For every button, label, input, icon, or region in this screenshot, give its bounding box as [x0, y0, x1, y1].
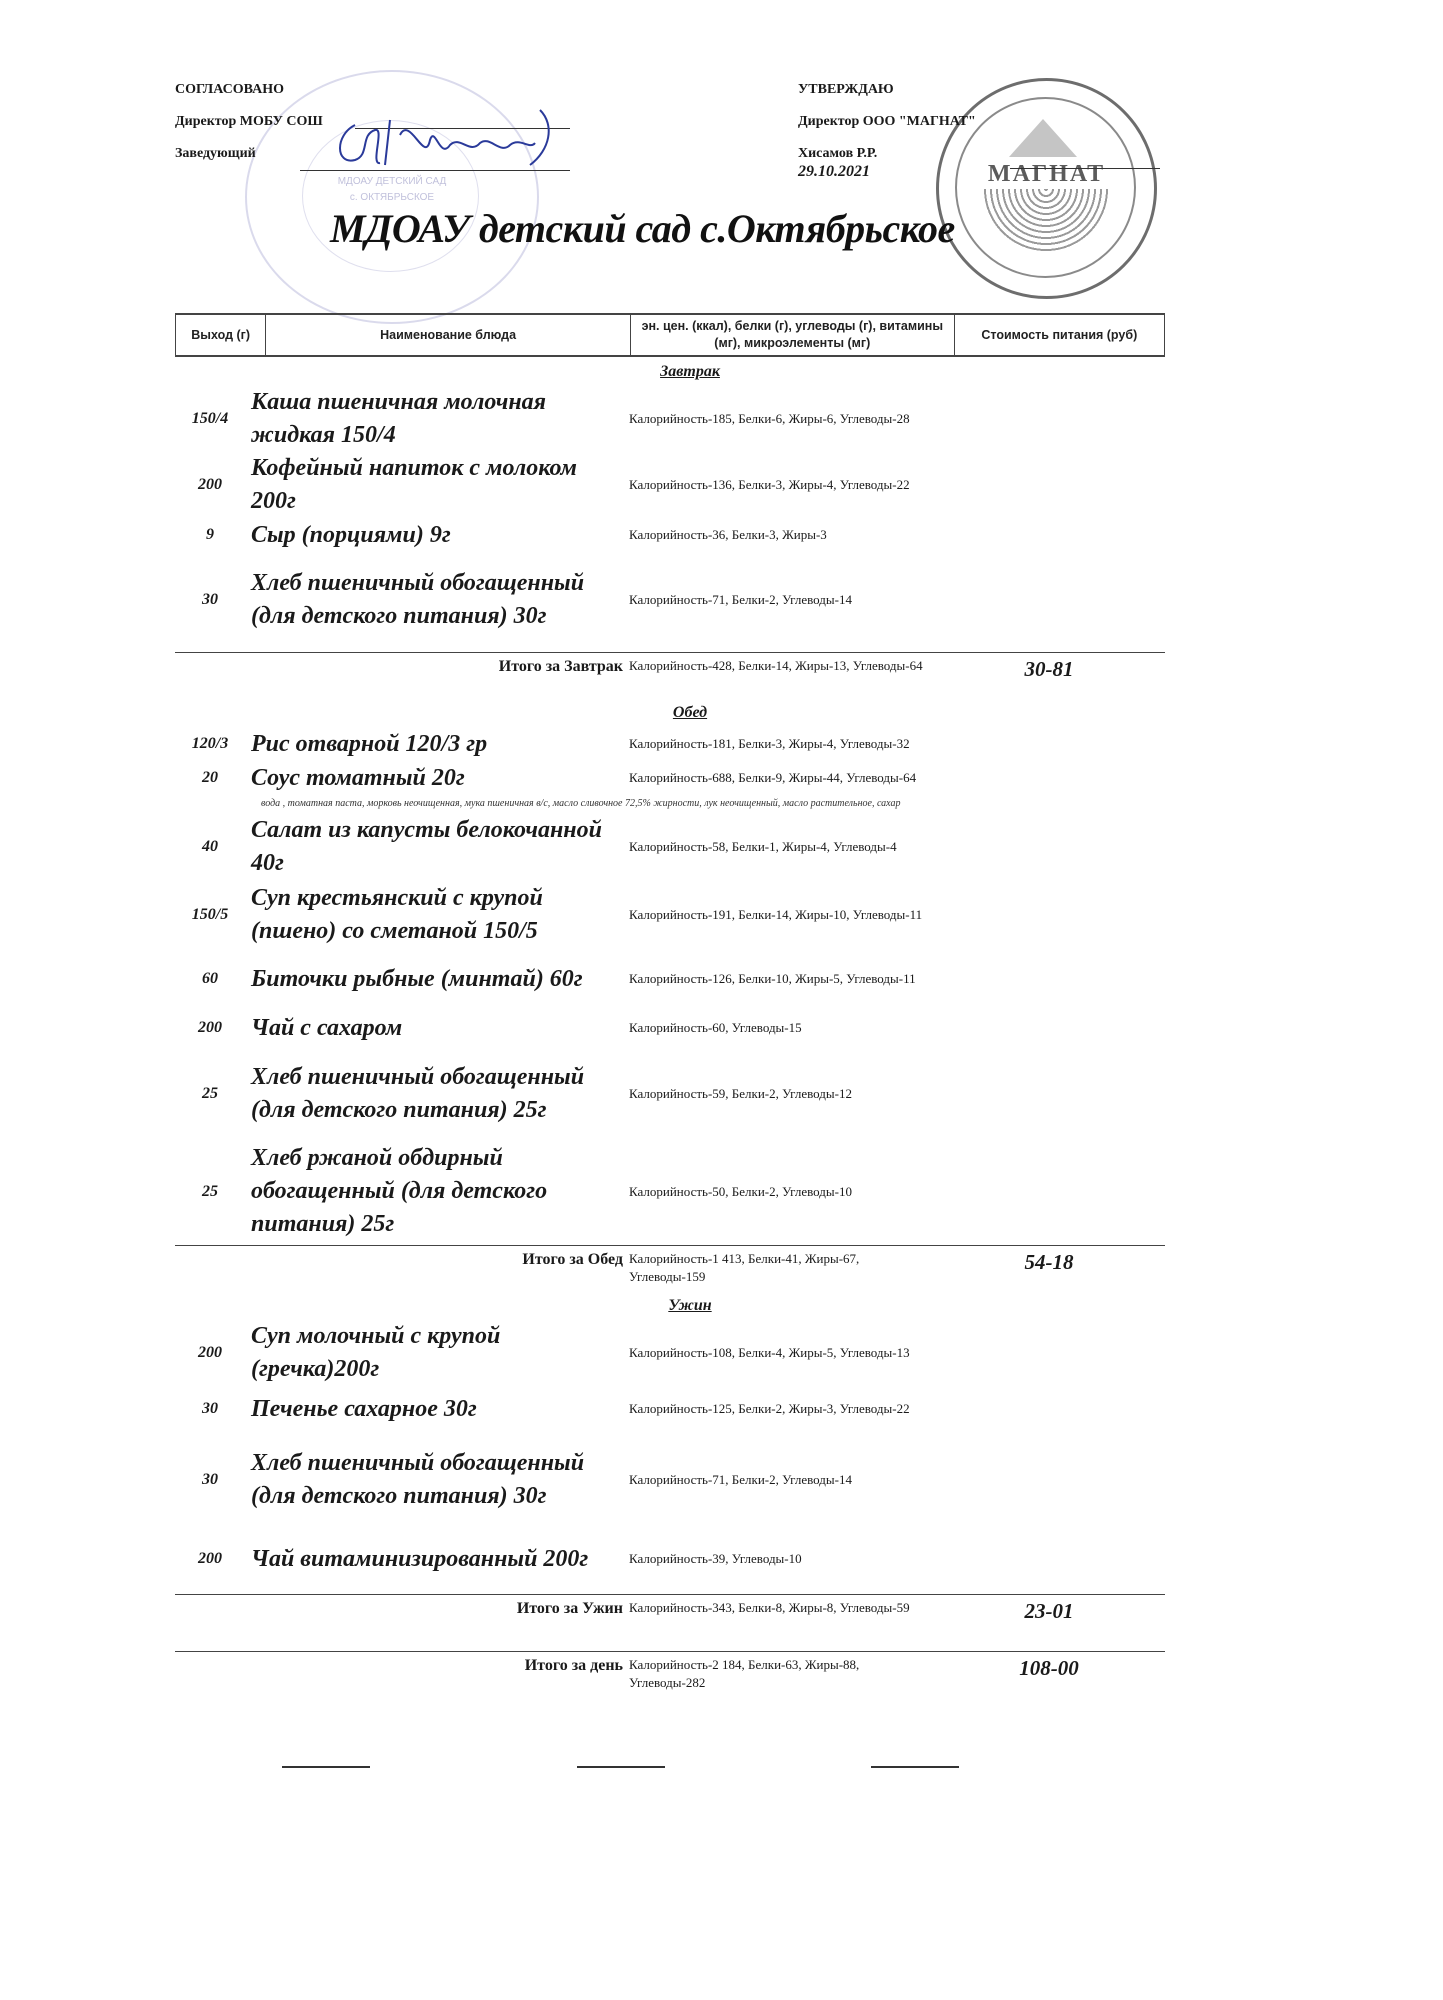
- day-total-row: Итого за деньКалорийность-2 184, Белки-6…: [175, 1651, 1165, 1692]
- item-output: 200: [175, 1019, 245, 1037]
- approval-approved-block: УТВЕРЖДАЮ Директор ООО "МАГНАТ" Хисамов …: [798, 80, 976, 194]
- section-total-row: Итого за ЗавтракКалорийность-428, Белки-…: [175, 652, 1165, 699]
- section-total-label: Итого за Завтрак: [175, 657, 629, 699]
- item-name: Рис отварной 120/3 гр: [245, 728, 623, 761]
- agreed-label: СОГЛАСОВАНО: [175, 80, 323, 100]
- item-output: 30: [175, 1400, 245, 1418]
- section-total-cost: 54-18: [929, 1250, 1149, 1292]
- stamp-line: МДОАУ ДЕТСКИЙ САД: [247, 174, 537, 190]
- item-output: 25: [175, 1085, 245, 1103]
- day-total-nutrition: Калорийность-2 184, Белки-63, Жиры-88, У…: [629, 1656, 929, 1692]
- menu-item-row: 200Кофейный напиток с молоком 200гКалори…: [175, 452, 1165, 518]
- item-output: 200: [175, 476, 245, 494]
- section-total-row: Итого за ОбедКалорийность-1 413, Белки-4…: [175, 1245, 1165, 1292]
- menu-item-row: 60Биточки рыбные (минтай) 60гКалорийност…: [175, 948, 1165, 1010]
- item-name: Суп молочный с крупой (гречка)200г: [245, 1320, 623, 1386]
- menu-item-row: 200Суп молочный с крупой (гречка)200гКал…: [175, 1320, 1165, 1386]
- section-title-0: Завтрак: [215, 358, 1165, 386]
- item-nutrition: Калорийность-58, Белки-1, Жиры-4, Углево…: [623, 838, 929, 856]
- item-output: 200: [175, 1344, 245, 1362]
- footer-signature-line: [282, 1766, 370, 1768]
- school-stamp-text: МДОАУ ДЕТСКИЙ САД с. ОКТЯБРЬСКОЕ: [247, 174, 537, 206]
- menu-item-row: 25Хлеб ржаной обдирный обогащенный (для …: [175, 1142, 1165, 1241]
- menu-item-row: 200Чай с сахаромКалорийность-60, Углевод…: [175, 1010, 1165, 1046]
- menu-item-row: 25Хлеб пшеничный обогащенный (для детско…: [175, 1046, 1165, 1142]
- item-name: Биточки рыбные (минтай) 60г: [245, 963, 623, 996]
- menu-item-row: 30Хлеб пшеничный обогащенный (для детско…: [175, 552, 1165, 648]
- item-name: Хлеб ржаной обдирный обогащенный (для де…: [245, 1142, 623, 1241]
- section-title-1: Обед: [215, 699, 1165, 727]
- menu-item-row: 120/3Рис отварной 120/3 грКалорийность-1…: [175, 727, 1165, 761]
- item-output: 20: [175, 769, 245, 787]
- menu-item-row: 30Хлеб пшеничный обогащенный (для детско…: [175, 1432, 1165, 1528]
- stamp-line: с. ОКТЯБРЬСКОЕ: [247, 190, 537, 206]
- item-name: Хлеб пшеничный обогащенный (для детского…: [245, 1447, 623, 1513]
- item-output: 120/3: [175, 735, 245, 753]
- menu-item-row: 150/5Суп крестьянский с крупой (пшено) с…: [175, 882, 1165, 948]
- column-header-nutrition: эн. цен. (ккал), белки (г), углеводы (г)…: [630, 314, 954, 356]
- menu-table-header: Выход (г) Наименование блюда эн. цен. (к…: [175, 313, 1165, 357]
- menu-item-row: 20Соус томатный 20гКалорийность-688, Бел…: [175, 761, 1165, 795]
- item-name: Хлеб пшеничный обогащенный (для детского…: [245, 1061, 623, 1127]
- footer-signature-line: [871, 1766, 959, 1768]
- item-nutrition: Калорийность-126, Белки-10, Жиры-5, Угле…: [623, 970, 929, 988]
- signature-line: [1010, 168, 1160, 169]
- item-nutrition: Калорийность-50, Белки-2, Углеводы-10: [623, 1183, 929, 1201]
- menu-item-row: 9Сыр (порциями) 9гКалорийность-36, Белки…: [175, 518, 1165, 552]
- approver-name: Хисамов Р.Р.: [798, 144, 976, 164]
- approval-agreed-block: СОГЛАСОВАНО Директор МОБУ СОШ Заведующий: [175, 80, 323, 176]
- menu-item-row: 200Чай витаминизированный 200гКалорийнос…: [175, 1528, 1165, 1590]
- item-name: Чай с сахаром: [245, 1012, 623, 1045]
- item-name: Салат из капусты белокочанной 40г: [245, 814, 623, 880]
- item-name: Каша пшеничная молочная жидкая 150/4: [245, 386, 623, 452]
- item-nutrition: Калорийность-181, Белки-3, Жиры-4, Углев…: [623, 735, 929, 753]
- sun-rays-icon: [981, 189, 1111, 254]
- section-title-2: Ужин: [215, 1292, 1165, 1320]
- item-nutrition: Калорийность-59, Белки-2, Углеводы-12: [623, 1085, 929, 1103]
- agreed-position-director: Директор МОБУ СОШ: [175, 112, 323, 132]
- item-name: Кофейный напиток с молоком 200г: [245, 452, 623, 518]
- item-name: Чай витаминизированный 200г: [245, 1543, 623, 1576]
- item-nutrition: Калорийность-36, Белки-3, Жиры-3: [623, 526, 929, 544]
- approval-date: 29.10.2021: [798, 162, 976, 182]
- section-total-nutrition: Калорийность-428, Белки-14, Жиры-13, Угл…: [629, 657, 929, 699]
- item-nutrition: Калорийность-39, Углеводы-10: [623, 1550, 929, 1568]
- mountain-icon: [1009, 119, 1077, 157]
- menu-body: Завтрак150/4Каша пшеничная молочная жидк…: [175, 358, 1165, 1692]
- day-total-cost: 108-00: [929, 1656, 1149, 1692]
- column-header-output: Выход (г): [176, 314, 266, 356]
- item-name: Печенье сахарное 30г: [245, 1393, 623, 1426]
- item-output: 30: [175, 591, 245, 609]
- item-output: 200: [175, 1550, 245, 1568]
- page-title: МДОАУ детский сад с.Октябрьское: [330, 205, 955, 252]
- approved-label: УТВЕРЖДАЮ: [798, 80, 976, 100]
- menu-item-row: 30Печенье сахарное 30гКалорийность-125, …: [175, 1386, 1165, 1432]
- section-total-cost: 30-81: [929, 657, 1149, 699]
- agreed-position-head: Заведующий: [175, 144, 323, 164]
- item-output: 150/4: [175, 410, 245, 428]
- menu-item-row: 150/4Каша пшеничная молочная жидкая 150/…: [175, 386, 1165, 452]
- section-total-nutrition: Калорийность-343, Белки-8, Жиры-8, Углев…: [629, 1599, 929, 1641]
- approved-position: Директор ООО "МАГНАТ": [798, 112, 976, 132]
- section-total-label: Итого за Обед: [175, 1250, 629, 1292]
- signature-icon: [330, 105, 560, 175]
- item-output: 150/5: [175, 906, 245, 924]
- section-total-row: Итого за УжинКалорийность-343, Белки-8, …: [175, 1594, 1165, 1641]
- menu-item-row: 40Салат из капусты белокочанной 40гКалор…: [175, 812, 1165, 882]
- section-total-cost: 23-01: [929, 1599, 1149, 1641]
- column-header-name: Наименование блюда: [266, 314, 631, 356]
- section-total-nutrition: Калорийность-1 413, Белки-41, Жиры-67, У…: [629, 1250, 929, 1292]
- item-name: Хлеб пшеничный обогащенный (для детского…: [245, 567, 623, 633]
- item-output: 9: [175, 526, 245, 544]
- day-total-label: Итого за день: [175, 1656, 629, 1692]
- item-nutrition: Калорийность-71, Белки-2, Углеводы-14: [623, 1471, 929, 1489]
- item-output: 25: [175, 1183, 245, 1201]
- item-output: 40: [175, 838, 245, 856]
- item-output: 60: [175, 970, 245, 988]
- item-nutrition: Калорийность-108, Белки-4, Жиры-5, Углев…: [623, 1344, 929, 1362]
- item-ingredients-note: вода , томатная паста, морковь неочищенн…: [175, 796, 1061, 812]
- item-name: Соус томатный 20г: [245, 762, 623, 795]
- item-name: Суп крестьянский с крупой (пшено) со сме…: [245, 882, 623, 948]
- item-name: Сыр (порциями) 9г: [245, 519, 623, 552]
- item-nutrition: Калорийность-60, Углеводы-15: [623, 1019, 929, 1037]
- item-nutrition: Калорийность-191, Белки-14, Жиры-10, Угл…: [623, 906, 929, 924]
- item-nutrition: Калорийность-125, Белки-2, Жиры-3, Углев…: [623, 1400, 929, 1418]
- item-nutrition: Калорийность-136, Белки-3, Жиры-4, Углев…: [623, 476, 929, 494]
- column-header-cost: Стоимость питания (руб): [954, 314, 1164, 356]
- item-nutrition: Калорийность-185, Белки-6, Жиры-6, Углев…: [623, 410, 929, 428]
- item-nutrition: Калорийность-71, Белки-2, Углеводы-14: [623, 591, 929, 609]
- footer-signature-line: [577, 1766, 665, 1768]
- item-nutrition: Калорийность-688, Белки-9, Жиры-44, Угле…: [623, 769, 929, 787]
- item-output: 30: [175, 1471, 245, 1489]
- section-total-label: Итого за Ужин: [175, 1599, 629, 1641]
